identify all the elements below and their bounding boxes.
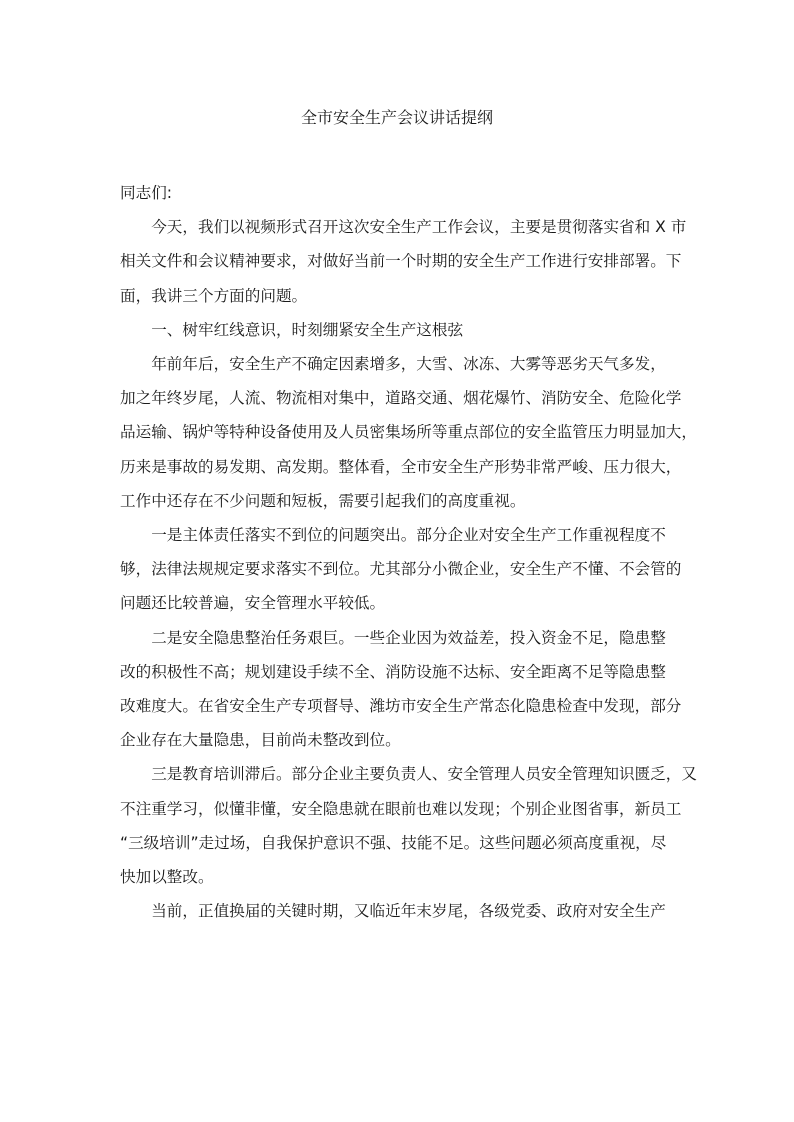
text-line: 三是教育培训滞后。部分企业主要负责人、安全管理人员安全管理知识匮乏，又 xyxy=(120,757,682,791)
document-body: 同志们: 今天，我们以视频形式召开这次安全生产工作会议，主要是贯彻落实省和 X … xyxy=(120,176,682,928)
text-line: 二是安全隐患整治任务艰巨。一些企业因为效益差，投入资金不足，隐患整 xyxy=(120,621,682,655)
text-line: 一是主体责任落实不到位的问题突出。部分企业对安全生产工作重视程度不 xyxy=(120,518,682,552)
text-line: 不注重学习，似懂非懂，安全隐患就在眼前也难以发现；个别企业图省事，新员工 xyxy=(120,792,682,826)
text-line: “三级培训”走过场，自我保护意识不强、技能不足。这些问题必须高度重视，尽 xyxy=(120,826,682,860)
text-line: 品运输、锅炉等特种设备使用及人员密集场所等重点部位的安全监管压力明显加大， xyxy=(120,415,682,449)
document-title: 全市安全生产会议讲话提纲 xyxy=(0,106,794,130)
text-line: 问题还比较普遍，安全管理水平较低。 xyxy=(120,586,682,620)
text-line: 改难度大。在省安全生产专项督导、潍坊市安全生产常态化隐患检查中发现，部分 xyxy=(120,689,682,723)
text-line: 快加以整改。 xyxy=(120,860,682,894)
salutation: 同志们: xyxy=(120,176,682,210)
paragraph-intro: 今天，我们以视频形式召开这次安全生产工作会议，主要是贯彻落实省和 X 市 相关文… xyxy=(120,210,682,313)
text-line: 面，我讲三个方面的问题。 xyxy=(120,279,682,313)
text-line: 企业存在大量隐患，目前尚未整改到位。 xyxy=(120,723,682,757)
text-line: 相关文件和会议精神要求，对做好当前一个时期的安全生产工作进行安排部署。下 xyxy=(120,244,682,278)
paragraph-situation: 年前年后，安全生产不确定因素增多，大雪、冰冻、大雾等恶劣天气多发， 加之年终岁尾… xyxy=(120,347,682,518)
paragraph-point-2: 二是安全隐患整治任务艰巨。一些企业因为效益差，投入资金不足，隐患整 改的积极性不… xyxy=(120,621,682,758)
text-line: 今天，我们以视频形式召开这次安全生产工作会议，主要是贯彻落实省和 X 市 xyxy=(120,210,682,244)
text-line: 加之年终岁尾，人流、物流相对集中，道路交通、烟花爆竹、消防安全、危险化学 xyxy=(120,381,682,415)
paragraph-point-1: 一是主体责任落实不到位的问题突出。部分企业对安全生产工作重视程度不 够，法律法规… xyxy=(120,518,682,621)
text-line: 当前，正值换届的关键时期，又临近年末岁尾，各级党委、政府对安全生产 xyxy=(120,894,682,928)
paragraph-point-3: 三是教育培训滞后。部分企业主要负责人、安全管理人员安全管理知识匮乏，又 不注重学… xyxy=(120,757,682,894)
text-line: 改的积极性不高；规划建设手续不全、消防设施不达标、安全距离不足等隐患整 xyxy=(120,655,682,689)
heading-text: 一、树牢红线意识，时刻绷紧安全生产这根弦 xyxy=(120,313,682,347)
document-page: 全市安全生产会议讲话提纲 同志们: 今天，我们以视频形式召开这次安全生产工作会议… xyxy=(0,0,794,1122)
text-line: 工作中还存在不少问题和短板，需要引起我们的高度重视。 xyxy=(120,484,682,518)
text-line: 年前年后，安全生产不确定因素增多，大雪、冰冻、大雾等恶劣天气多发， xyxy=(120,347,682,381)
text-line: 够，法律法规规定要求落实不到位。尤其部分小微企业，安全生产不懂、不会管的 xyxy=(120,552,682,586)
section-heading-1: 一、树牢红线意识，时刻绷紧安全生产这根弦 xyxy=(120,313,682,347)
paragraph-current: 当前，正值换届的关键时期，又临近年末岁尾，各级党委、政府对安全生产 xyxy=(120,894,682,928)
text-line: 历来是事故的易发期、高发期。整体看，全市安全生产形势非常严峻、压力很大， xyxy=(120,450,682,484)
